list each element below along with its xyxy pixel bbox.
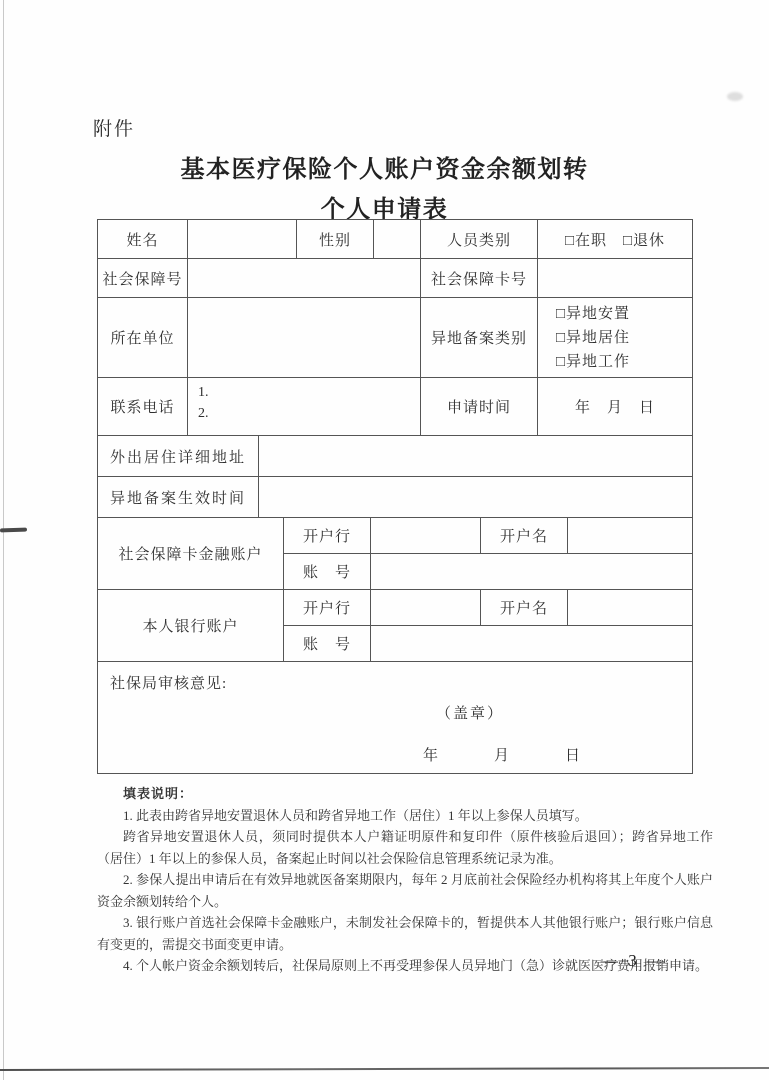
review-opinion-label: 社保局审核意见: [110, 672, 680, 693]
phone-label: 联系电话 [98, 378, 188, 436]
instruction-item-1: 1. 此表由跨省异地安置退休人员和跨省异地工作（居住）1 年以上参保人员填写。 [97, 805, 713, 827]
bank-branch-label-1: 开户行 [284, 518, 371, 554]
filing-option-residence: □异地居住 [556, 326, 692, 350]
bank-branch-value-2 [371, 590, 481, 626]
address-value-cell [259, 436, 693, 477]
account-no-value-2 [371, 626, 693, 662]
phone-line-1: 1. [198, 382, 420, 403]
review-month-char: 月 [494, 744, 510, 765]
account-name-value-1 [568, 518, 693, 554]
stamp-label: （盖章） [436, 702, 504, 723]
effective-time-value-cell [259, 477, 693, 518]
scanned-page: 附件 基本医疗保险个人账户资金余额划转 个人申请表 姓名 性别 人员类别 □在职… [0, 0, 769, 1080]
account-name-label-1: 开户名 [481, 518, 568, 554]
scan-smudge [727, 92, 743, 101]
employer-label: 所在单位 [98, 298, 188, 378]
account-no-label-2: 账 号 [284, 626, 371, 662]
account-name-value-2 [568, 590, 693, 626]
account-no-value-1 [371, 554, 693, 590]
person-type-checkboxes: □在职 □退休 [538, 220, 693, 259]
account-no-label-1: 账 号 [284, 554, 371, 590]
review-date-line: 年月日 [423, 744, 581, 765]
instruction-item-1b: 跨省异地安置退休人员，须同时提供本人户籍证明原件和复印件（原件核验后退回）；跨省… [97, 826, 713, 869]
review-day-char: 日 [565, 744, 581, 765]
form-section-accounts: 社会保障卡金融账户 开户行 开户名 账 号 本人银行账户 开户行 开户名 账 号 [97, 517, 693, 662]
form-section-identity: 姓名 性别 人员类别 □在职 □退休 社会保障号 社会保障卡号 所在单位 异地备… [97, 219, 693, 436]
address-label: 外出居住详细地址 [98, 436, 259, 477]
filing-options-cell: □异地安置 □异地居住 □异地工作 [538, 298, 693, 378]
person-type-label: 人员类别 [421, 220, 538, 259]
bank-branch-value-1 [371, 518, 481, 554]
gender-value-cell [374, 220, 421, 259]
review-year-char: 年 [423, 744, 439, 765]
social-security-card-value-cell [538, 259, 693, 298]
attachment-label: 附件 [93, 114, 135, 141]
apply-date-cell: 年 月 日 [538, 378, 693, 436]
name-value-cell [188, 220, 297, 259]
social-security-no-value-cell [188, 259, 421, 298]
page-number: — 3 — [601, 951, 667, 971]
filling-instructions: 填表说明： 1. 此表由跨省异地安置退休人员和跨省异地工作（居住）1 年以上参保… [97, 783, 713, 977]
gender-label: 性别 [297, 220, 374, 259]
phone-value-cell: 1. 2. [188, 378, 421, 436]
phone-line-2: 2. [198, 403, 420, 424]
document-title: 基本医疗保险个人账户资金余额划转 个人申请表 [0, 150, 769, 230]
scan-bottom-edge-line [0, 1067, 769, 1071]
filing-type-label: 异地备案类别 [421, 298, 538, 378]
personal-bank-account-label: 本人银行账户 [98, 590, 284, 662]
instruction-item-3: 3. 银行账户首选社会保障卡金融账户，未制发社会保障卡的，暂提供本人其他银行账户… [97, 912, 713, 955]
title-line1: 基本医疗保险个人账户资金余额划转 [0, 150, 769, 190]
ss-card-account-label: 社会保障卡金融账户 [98, 518, 284, 590]
bank-branch-label-2: 开户行 [284, 590, 371, 626]
apply-time-label: 申请时间 [421, 378, 538, 436]
filing-option-work: □异地工作 [556, 350, 692, 374]
filing-option-relocation: □异地安置 [556, 302, 692, 326]
form-section-review: 社保局审核意见: （盖章） 年月日 [97, 661, 693, 774]
name-label: 姓名 [98, 220, 188, 259]
scan-left-edge-dash [0, 528, 27, 533]
employer-value-cell [188, 298, 421, 378]
effective-time-label: 异地备案生效时间 [98, 477, 259, 518]
instruction-item-2: 2. 参保人提出申请后在有效异地就医备案期限内，每年 2 月底前社会保险经办机构… [97, 869, 713, 912]
form-section-address: 外出居住详细地址 异地备案生效时间 [97, 435, 693, 518]
instructions-heading: 填表说明： [97, 783, 713, 805]
social-security-card-label: 社会保障卡号 [421, 259, 538, 298]
social-security-no-label: 社会保障号 [98, 259, 188, 298]
scan-left-edge-line [3, 0, 4, 1080]
account-name-label-2: 开户名 [481, 590, 568, 626]
application-form-table: 姓名 性别 人员类别 □在职 □退休 社会保障号 社会保障卡号 所在单位 异地备… [97, 219, 693, 774]
review-opinion-cell: 社保局审核意见: （盖章） 年月日 [98, 662, 693, 774]
